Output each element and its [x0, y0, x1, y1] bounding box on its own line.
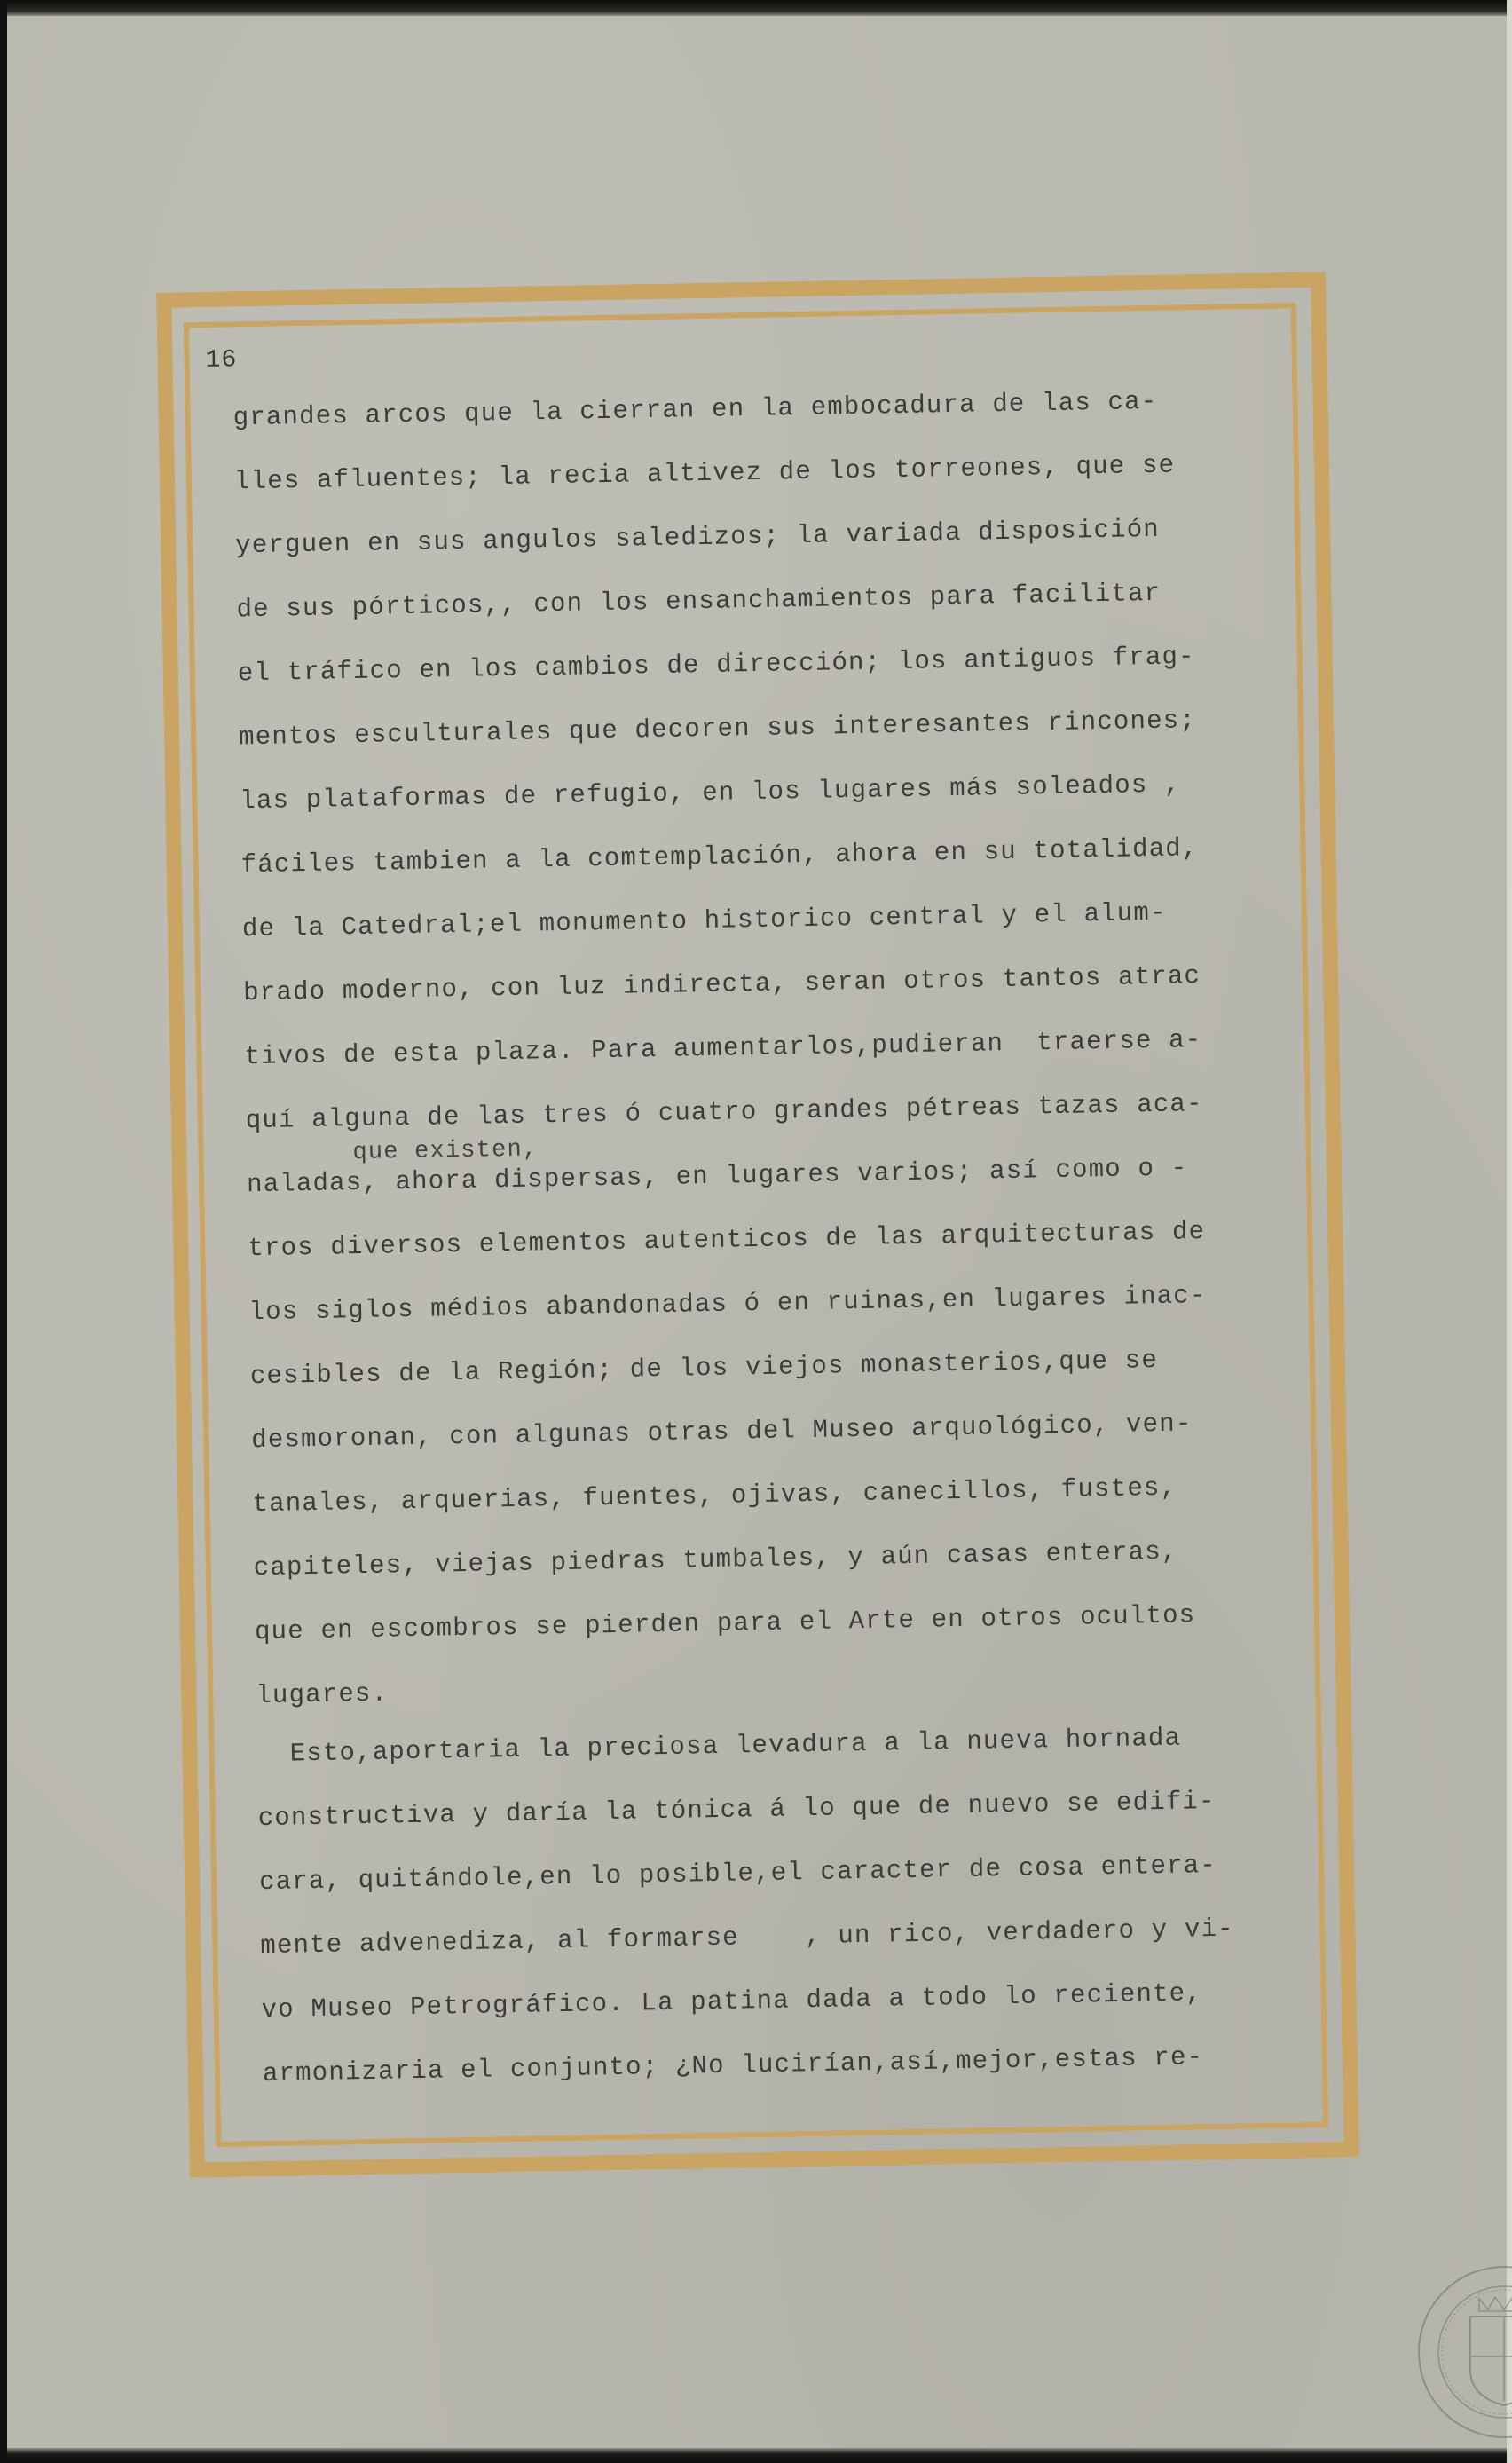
page-content: 16 grandes arcos que la cierran en la em…	[189, 308, 1323, 2142]
text-line: brado moderno, con luz indirecta, seran …	[243, 963, 1201, 1006]
text-line: lugares.	[256, 1681, 388, 1709]
page-number: 16	[205, 346, 238, 375]
text-line: los siglos médios abandonadas ó en ruina…	[248, 1283, 1206, 1325]
text-line: desmoronan, con algunas otras del Museo …	[251, 1410, 1193, 1453]
decorative-frame: 16 grandes arcos que la cierran en la em…	[156, 272, 1359, 2177]
text-line: constructiva y daría la tónica á lo que …	[258, 1788, 1216, 1831]
text-line: tanales, arquerias, fuentes, ojivas, can…	[252, 1475, 1177, 1518]
text-line: cara, quitándole,en lo posible,el caract…	[259, 1852, 1217, 1895]
text-line: mente advenediza, al formarse , un rico,…	[260, 1916, 1234, 1960]
text-line: fáciles tambien a la comtemplación, ahor…	[240, 835, 1198, 878]
page-left-edge	[0, 0, 7, 2463]
text-line: de la Catedral;el monumento historico ce…	[242, 900, 1167, 943]
text-line: capiteles, viejas piedras tumbales, y aú…	[254, 1539, 1178, 1582]
text-line: tivos de esta plaza. Para aumentarlos,pu…	[244, 1027, 1201, 1070]
text-line: vo Museo Petrográfico. La patina dada a …	[261, 1980, 1202, 2023]
text-line: armonizaria el conjunto; ¿No lucirían,as…	[263, 2044, 1204, 2087]
text-line: quí alguna de las tres ó cuatro grandes …	[246, 1091, 1203, 1133]
handwritten-insertion: que existen,	[352, 1136, 538, 1166]
page-right-edge	[1507, 0, 1512, 2463]
page-top-edge	[0, 0, 1512, 16]
text-line: las plataformas de refugio, en los lugar…	[240, 771, 1181, 814]
text-line: el tráfico en los cambios de dirección; …	[238, 643, 1195, 686]
text-line: grandes arcos que la cierran en la emboc…	[232, 389, 1157, 431]
text-line: cesibles de la Región; de los viejos mon…	[250, 1347, 1159, 1389]
text-line: que en escombros se pierden para el Arte…	[255, 1602, 1196, 1645]
text-line: lles afluentes; la recia altivez de los …	[234, 452, 1176, 494]
page-bottom-edge	[0, 2448, 1512, 2463]
university-seal-icon	[1415, 2263, 1512, 2441]
typewritten-text: grandes arcos que la cierran en la emboc…	[232, 386, 1297, 405]
text-line: yerguen en sus angulos saledizos; la var…	[235, 517, 1160, 559]
text-line: mentos esculturales que decoren sus inte…	[239, 707, 1196, 750]
text-line: tros diversos elementos autenticos de la…	[248, 1219, 1205, 1261]
text-line: Esto,aportaria la preciosa levadura a la…	[256, 1725, 1181, 1768]
text-line: de sus pórticos,, con los ensanchamiento…	[236, 580, 1161, 623]
